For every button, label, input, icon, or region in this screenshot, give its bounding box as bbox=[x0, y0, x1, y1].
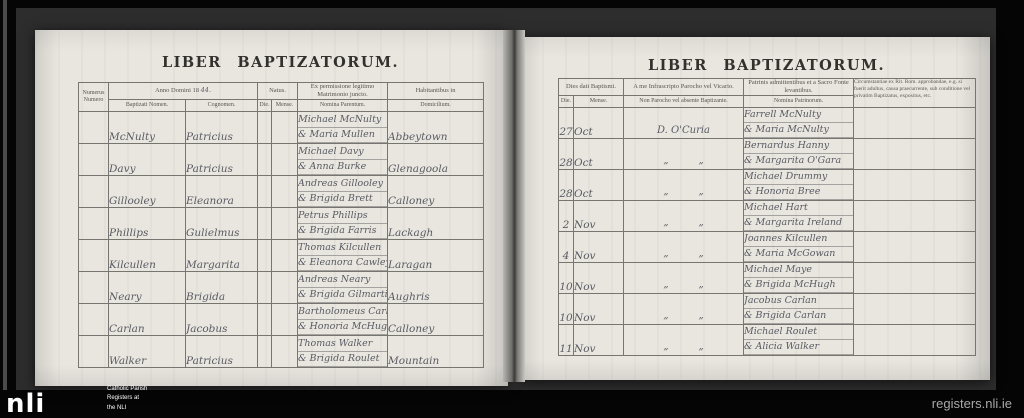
circumstances-cell bbox=[854, 169, 976, 200]
residence-cell: Calloney bbox=[388, 175, 484, 207]
col-subheader-mense: Mense. bbox=[272, 99, 298, 111]
surname-cell: Kilcullen bbox=[109, 239, 186, 271]
col-header-habitantibus: Habitantibus in bbox=[388, 83, 484, 100]
ditto-mark: „ bbox=[663, 155, 668, 166]
ditto-mark: „ bbox=[699, 279, 704, 290]
baptism-month-cell: Nov bbox=[574, 324, 624, 355]
circumstances-cell bbox=[854, 200, 976, 231]
baptism-month-cell: Nov bbox=[574, 262, 624, 293]
residence-cell: Lackagh bbox=[388, 207, 484, 239]
baptism-day-cell: 28 bbox=[559, 138, 574, 169]
baptism-entry-row: 28Oct„„Michael Drummy& Honoria Bree bbox=[559, 169, 976, 200]
parents-cell: Michael Davy& Anna Burke bbox=[298, 143, 388, 175]
mother-name: & Brigida Gilmartin bbox=[298, 288, 387, 303]
baptism-month-cell: Nov bbox=[574, 231, 624, 262]
caption-line: Registers at bbox=[107, 394, 147, 403]
given-name-cell: Eleanora bbox=[186, 175, 258, 207]
ditto-mark: „ bbox=[663, 279, 668, 290]
father-name: Petrus Phillips bbox=[298, 209, 387, 224]
right-register-table: Dies dati Baptismi. A me Infrascripto Pa… bbox=[558, 78, 976, 356]
birth-month-cell bbox=[272, 335, 298, 367]
godmother-name: & Brigida Carlan bbox=[744, 309, 853, 324]
godparents-cell: Michael Hart& Margarita Ireland bbox=[744, 200, 854, 231]
residence-cell: Abbeytown bbox=[388, 111, 484, 143]
baptism-entry-row: 10Nov„„Michael Maye& Brigida McHugh bbox=[559, 262, 976, 293]
register-left-page: LIBER BAPTIZATORUM. Numerus Numero Anno … bbox=[35, 30, 508, 386]
baptism-entry-row: 27OctD. O'CuriaFarrell McNulty& Maria Mc… bbox=[559, 107, 976, 138]
site-url: registers.nli.ie bbox=[932, 396, 1012, 411]
ditto-mark: „ bbox=[663, 341, 668, 352]
godfather-name: Michael Drummy bbox=[744, 170, 853, 185]
numerus-cell bbox=[79, 143, 109, 175]
birth-month-cell bbox=[272, 143, 298, 175]
father-name: Thomas Walker bbox=[298, 337, 387, 352]
minister-cell: D. O'Curia bbox=[624, 107, 744, 138]
minister-cell: „„ bbox=[624, 231, 744, 262]
baptism-entry-row: 11Nov„„Michael Roulet& Alicia Walker bbox=[559, 324, 976, 355]
baptism-day-cell: 10 bbox=[559, 293, 574, 324]
minister-cell: „„ bbox=[624, 324, 744, 355]
godparents-cell: Jacobus Carlan& Brigida Carlan bbox=[744, 293, 854, 324]
godparents-cell: Bernardus Hanny& Margarita O'Gara bbox=[744, 138, 854, 169]
godparents-cell: Michael Drummy& Honoria Bree bbox=[744, 169, 854, 200]
mother-name: & Brigida Roulet bbox=[298, 352, 387, 367]
birth-day-cell bbox=[258, 175, 272, 207]
ditto-mark: „ bbox=[699, 248, 704, 259]
surname-cell: McNulty bbox=[109, 111, 186, 143]
birth-month-cell bbox=[272, 175, 298, 207]
col-subheader-cognomen: Cognomen. bbox=[186, 99, 258, 111]
col-subheader-die: Die. bbox=[258, 99, 272, 111]
godparents-cell: Farrell McNulty& Maria McNulty bbox=[744, 107, 854, 138]
godfather-name: Joannes Kilcullen bbox=[744, 232, 853, 247]
godparents-cell: Michael Maye& Brigida McHugh bbox=[744, 262, 854, 293]
birth-day-cell bbox=[258, 239, 272, 271]
ditto-mark: „ bbox=[699, 186, 704, 197]
baptism-entry-row: DavyPatriciusMichael Davy& Anna BurkeGle… bbox=[79, 143, 484, 175]
given-name-cell: Margarita bbox=[186, 239, 258, 271]
register-right-page: LIBER BAPTIZATORUM. Dies dati Baptismi. … bbox=[519, 37, 990, 380]
numerus-cell bbox=[79, 175, 109, 207]
minister-cell: „„ bbox=[624, 200, 744, 231]
baptism-day-cell: 2 bbox=[559, 200, 574, 231]
parents-cell: Petrus Phillips& Brigida Farris bbox=[298, 207, 388, 239]
mother-name: & Maria Mullen bbox=[298, 128, 387, 143]
ditto-mark: „ bbox=[699, 217, 704, 228]
minister-cell: „„ bbox=[624, 138, 744, 169]
mother-name: & Brigida Farris bbox=[298, 224, 387, 239]
surname-cell: Carlan bbox=[109, 303, 186, 335]
parents-cell: Andreas Neary& Brigida Gilmartin bbox=[298, 271, 388, 303]
right-page-title: LIBER BAPTIZATORUM. bbox=[558, 57, 975, 74]
circumstances-cell bbox=[854, 107, 976, 138]
godmother-name: & Maria McNulty bbox=[744, 123, 853, 138]
baptism-entry-row: 2Nov„„Michael Hart& Margarita Ireland bbox=[559, 200, 976, 231]
baptism-month-cell: Nov bbox=[574, 200, 624, 231]
col-header-dies-baptismi: Dies dati Baptismi. bbox=[559, 79, 624, 96]
ditto-marks: „„ bbox=[624, 186, 743, 200]
birth-day-cell bbox=[258, 271, 272, 303]
numerus-cell bbox=[79, 271, 109, 303]
baptism-day-cell: 10 bbox=[559, 262, 574, 293]
birth-day-cell bbox=[258, 143, 272, 175]
baptism-entry-row: KilcullenMargaritaThomas Kilcullen& Elea… bbox=[79, 239, 484, 271]
surname-cell: Phillips bbox=[109, 207, 186, 239]
col-subheader-patrinorum: Nomina Patrinorum. bbox=[744, 95, 854, 107]
nli-logo-caption: Catholic Parish Registers at the NLI bbox=[107, 385, 147, 413]
numerus-cell bbox=[79, 335, 109, 367]
residence-cell: Mountain bbox=[388, 335, 484, 367]
birth-day-cell bbox=[258, 303, 272, 335]
surname-cell: Neary bbox=[109, 271, 186, 303]
baptism-month-cell: Oct bbox=[574, 107, 624, 138]
mother-name: & Eleanora Cawley bbox=[298, 256, 387, 271]
baptism-month-cell: Nov bbox=[574, 293, 624, 324]
col-header-parocho: A me Infrascripto Parocho vel Vicario. bbox=[624, 79, 744, 96]
col-header-matrimonio: Ex permissione legitimo Matrimonio junct… bbox=[298, 83, 388, 100]
ditto-marks: „„ bbox=[624, 279, 743, 293]
numerus-cell bbox=[79, 207, 109, 239]
ditto-marks: „„ bbox=[624, 248, 743, 262]
film-edge-strip bbox=[3, 0, 7, 390]
father-name: Michael Davy bbox=[298, 145, 387, 160]
minister-cell: „„ bbox=[624, 293, 744, 324]
ditto-mark: „ bbox=[663, 310, 668, 321]
circumstances-cell bbox=[854, 324, 976, 355]
parents-cell: Michael McNulty& Maria Mullen bbox=[298, 111, 388, 143]
godparents-cell: Michael Roulet& Alicia Walker bbox=[744, 324, 854, 355]
col-subheader-parentum: Nomina Parentum. bbox=[298, 99, 388, 111]
godfather-name: Michael Hart bbox=[744, 201, 853, 216]
parents-cell: Thomas Kilcullen& Eleanora Cawley bbox=[298, 239, 388, 271]
ditto-mark: „ bbox=[699, 310, 704, 321]
ditto-mark: „ bbox=[663, 186, 668, 197]
godmother-name: & Honoria Bree bbox=[744, 185, 853, 200]
baptism-entry-row: GillooleyEleanoraAndreas Gillooley& Brig… bbox=[79, 175, 484, 207]
ditto-marks: „„ bbox=[624, 217, 743, 231]
godmother-name: & Alicia Walker bbox=[744, 340, 853, 355]
col-header-numerus: Numerus Numero bbox=[79, 83, 109, 112]
father-name: Andreas Neary bbox=[298, 273, 387, 288]
godmother-name: & Margarita Ireland bbox=[744, 216, 853, 231]
father-name: Michael McNulty bbox=[298, 113, 387, 128]
col-subheader-nomen: Baptizati Nomen. bbox=[109, 99, 186, 111]
baptism-entry-row: CarlanJacobusBartholomeus Carlan& Honori… bbox=[79, 303, 484, 335]
baptism-day-cell: 28 bbox=[559, 169, 574, 200]
anno-year-handwritten: 44. bbox=[201, 86, 211, 94]
residence-cell: Calloney bbox=[388, 303, 484, 335]
father-name: Thomas Kilcullen bbox=[298, 241, 387, 256]
nli-logo: nli bbox=[6, 390, 45, 418]
baptism-entry-row: WalkerPatriciusThomas Walker& Brigida Ro… bbox=[79, 335, 484, 367]
parents-cell: Bartholomeus Carlan& Honoria McHugh bbox=[298, 303, 388, 335]
minister-signature: D. O'Curia bbox=[624, 125, 743, 138]
minister-cell: „„ bbox=[624, 169, 744, 200]
col-subheader-domicilium: Domicilium. bbox=[388, 99, 484, 111]
parents-cell: Thomas Walker& Brigida Roulet bbox=[298, 335, 388, 367]
residence-cell: Laragan bbox=[388, 239, 484, 271]
baptism-entry-row: NearyBrigidaAndreas Neary& Brigida Gilma… bbox=[79, 271, 484, 303]
birth-month-cell bbox=[272, 207, 298, 239]
godfather-name: Bernardus Hanny bbox=[744, 139, 853, 154]
godparents-cell: Joannes Kilcullen& Maria McGowan bbox=[744, 231, 854, 262]
birth-month-cell bbox=[272, 271, 298, 303]
surname-cell: Gillooley bbox=[109, 175, 186, 207]
left-page-title: LIBER BAPTIZATORUM. bbox=[78, 54, 483, 71]
ditto-marks: „„ bbox=[624, 310, 743, 324]
numerus-cell bbox=[79, 111, 109, 143]
godfather-name: Jacobus Carlan bbox=[744, 294, 853, 309]
residence-cell: Glenagoola bbox=[388, 143, 484, 175]
col-header-circumstantiae: Circumstantiae ex Rit. Rom. approbandae,… bbox=[854, 79, 976, 108]
baptism-month-cell: Oct bbox=[574, 169, 624, 200]
ditto-mark: „ bbox=[663, 217, 668, 228]
ditto-mark: „ bbox=[663, 248, 668, 259]
godmother-name: & Maria McGowan bbox=[744, 247, 853, 262]
circumstances-cell bbox=[854, 262, 976, 293]
baptism-entry-row: PhillipsGulielmusPetrus Phillips& Brigid… bbox=[79, 207, 484, 239]
parents-cell: Andreas Gillooley& Brigida Brett bbox=[298, 175, 388, 207]
ditto-mark: „ bbox=[699, 341, 704, 352]
mother-name: & Anna Burke bbox=[298, 160, 387, 175]
caption-line: the NLI bbox=[107, 404, 147, 413]
col-subheader-die: Die. bbox=[559, 95, 574, 107]
numerus-cell bbox=[79, 239, 109, 271]
book-gutter-fold bbox=[503, 30, 525, 382]
baptism-entry-row: 10Nov„„Jacobus Carlan& Brigida Carlan bbox=[559, 293, 976, 324]
ditto-mark: „ bbox=[699, 155, 704, 166]
godmother-name: & Margarita O'Gara bbox=[744, 154, 853, 169]
godfather-name: Michael Roulet bbox=[744, 325, 853, 340]
birth-month-cell bbox=[272, 111, 298, 143]
numerus-cell bbox=[79, 303, 109, 335]
col-subheader-mense: Mense. bbox=[574, 95, 624, 107]
residence-cell: Aughris bbox=[388, 271, 484, 303]
given-name-cell: Jacobus bbox=[186, 303, 258, 335]
mother-name: & Honoria McHugh bbox=[298, 320, 387, 335]
birth-day-cell bbox=[258, 335, 272, 367]
circumstances-cell bbox=[854, 293, 976, 324]
left-register-table: Numerus Numero Anno Domini 18 44. Natus.… bbox=[78, 82, 484, 368]
birth-month-cell bbox=[272, 303, 298, 335]
given-name-cell: Brigida bbox=[186, 271, 258, 303]
col-header-patrinis: Patrinis admittentibus et a Sacro Fonte … bbox=[744, 79, 854, 96]
given-name-cell: Patricius bbox=[186, 143, 258, 175]
birth-day-cell bbox=[258, 207, 272, 239]
baptism-entry-row: 4Nov„„Joannes Kilcullen& Maria McGowan bbox=[559, 231, 976, 262]
surname-cell: Walker bbox=[109, 335, 186, 367]
ditto-marks: „„ bbox=[624, 155, 743, 169]
surname-cell: Davy bbox=[109, 143, 186, 175]
godmother-name: & Brigida McHugh bbox=[744, 278, 853, 293]
caption-line: Catholic Parish bbox=[107, 385, 147, 394]
mother-name: & Brigida Brett bbox=[298, 192, 387, 207]
minister-cell: „„ bbox=[624, 262, 744, 293]
baptism-day-cell: 11 bbox=[559, 324, 574, 355]
father-name: Bartholomeus Carlan bbox=[298, 305, 387, 320]
baptism-day-cell: 4 bbox=[559, 231, 574, 262]
col-header-natus: Natus. bbox=[258, 83, 298, 100]
father-name: Andreas Gillooley bbox=[298, 177, 387, 192]
baptism-month-cell: Oct bbox=[574, 138, 624, 169]
circumstances-cell bbox=[854, 138, 976, 169]
circumstances-cell bbox=[854, 231, 976, 262]
ditto-marks: „„ bbox=[624, 341, 743, 355]
godfather-name: Michael Maye bbox=[744, 263, 853, 278]
col-header-anno-domini: Anno Domini 18 44. bbox=[109, 83, 258, 100]
birth-day-cell bbox=[258, 111, 272, 143]
baptism-entry-row: 28Oct„„Bernardus Hanny& Margarita O'Gara bbox=[559, 138, 976, 169]
baptism-entry-row: McNultyPatriciusMichael McNulty& Maria M… bbox=[79, 111, 484, 143]
given-name-cell: Gulielmus bbox=[186, 207, 258, 239]
given-name-cell: Patricius bbox=[186, 335, 258, 367]
baptism-day-cell: 27 bbox=[559, 107, 574, 138]
godfather-name: Farrell McNulty bbox=[744, 108, 853, 123]
birth-month-cell bbox=[272, 239, 298, 271]
given-name-cell: Patricius bbox=[186, 111, 258, 143]
col-subheader-non-parocho: Non Parocho vel absente Baptizante. bbox=[624, 95, 744, 107]
